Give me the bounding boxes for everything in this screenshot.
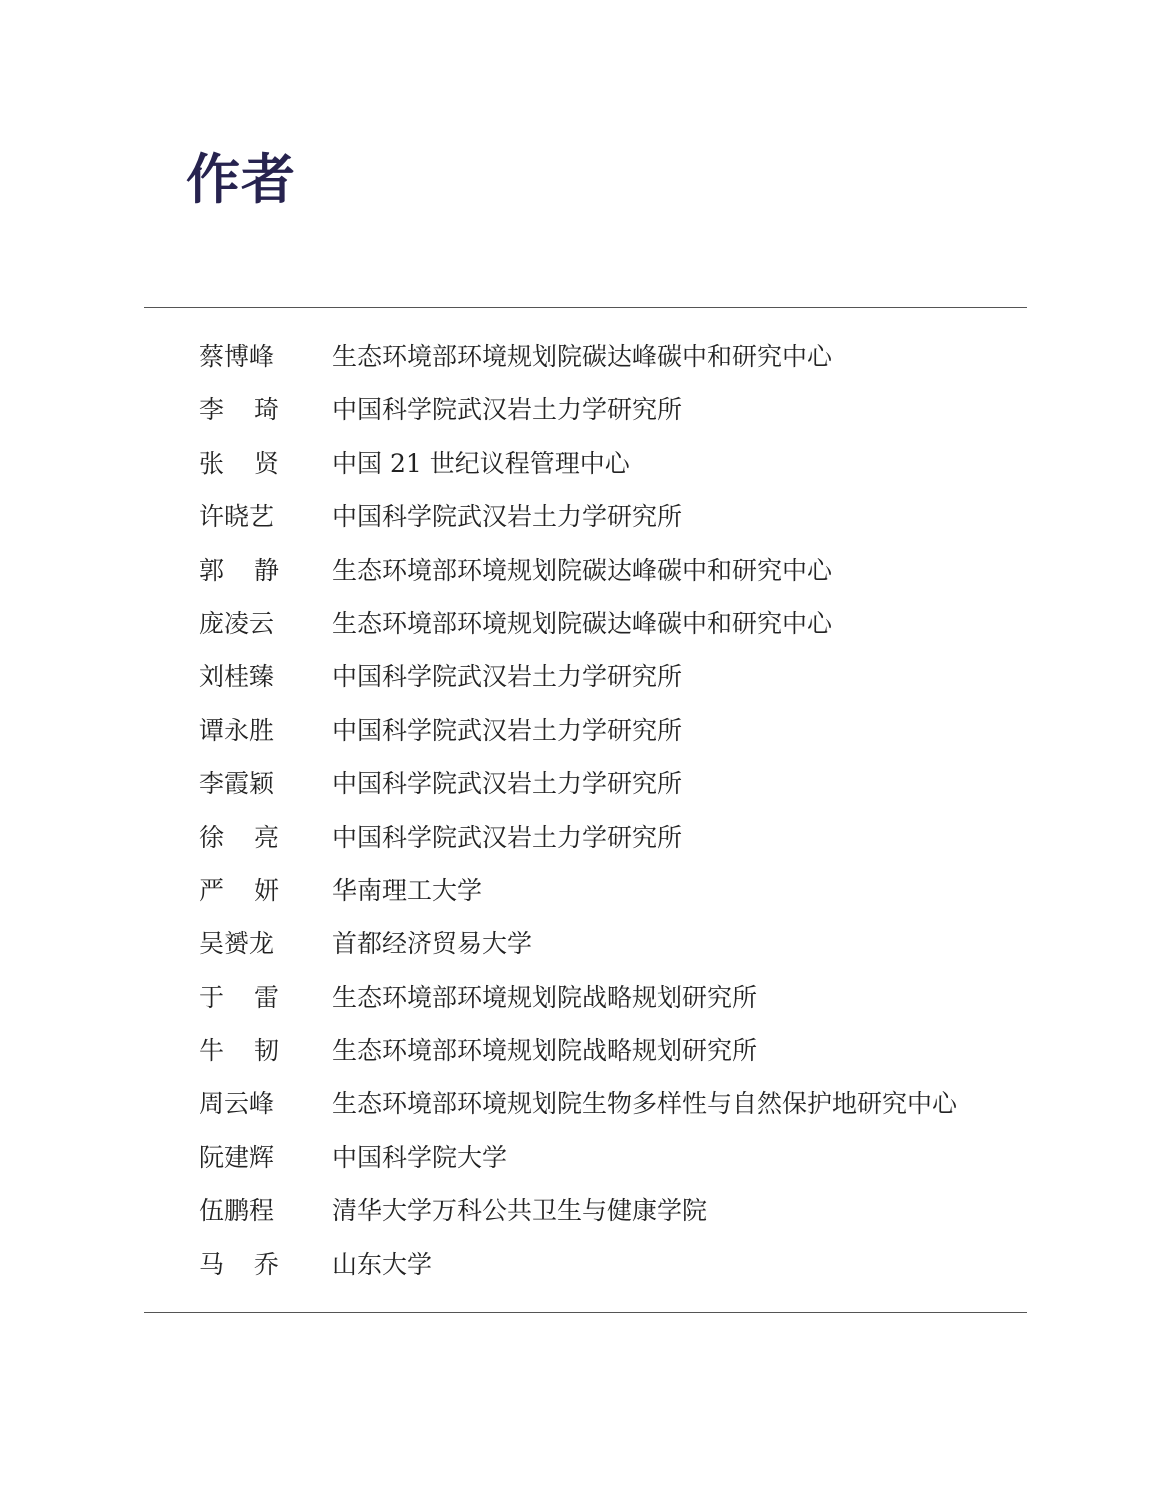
author-name: 蔡博峰 xyxy=(199,334,279,380)
author-name: 徐亮 xyxy=(199,815,279,861)
author-name: 李霞颖 xyxy=(199,761,279,807)
author-name: 严妍 xyxy=(199,868,279,914)
author-name: 牛韧 xyxy=(199,1028,279,1074)
author-name-part: 周云峰 xyxy=(199,1081,274,1127)
author-row: 牛韧生态环境部环境规划院战略规划研究所 xyxy=(0,1028,1172,1081)
author-row: 蔡博峰生态环境部环境规划院碳达峰碳中和研究中心 xyxy=(0,334,1172,387)
top-divider xyxy=(144,307,1027,308)
author-name-part: 吴赟龙 xyxy=(199,921,274,967)
author-name-part: 韧 xyxy=(254,1028,279,1074)
author-affiliation: 生态环境部环境规划院碳达峰碳中和研究中心 xyxy=(332,601,832,647)
author-row: 庞凌云生态环境部环境规划院碳达峰碳中和研究中心 xyxy=(0,601,1172,654)
author-name: 李琦 xyxy=(199,387,279,433)
author-name-part: 谭永胜 xyxy=(199,708,274,754)
author-name-part: 牛 xyxy=(199,1028,224,1074)
author-name-part: 雷 xyxy=(254,975,279,1021)
author-name-part: 严 xyxy=(199,868,224,914)
author-affiliation: 山东大学 xyxy=(332,1242,432,1288)
author-name-part: 妍 xyxy=(254,868,279,914)
author-name-part: 张 xyxy=(199,441,224,487)
author-row: 阮建辉中国科学院大学 xyxy=(0,1135,1172,1188)
author-affiliation: 生态环境部环境规划院战略规划研究所 xyxy=(332,1028,757,1074)
author-name-part: 亮 xyxy=(254,815,279,861)
author-affiliation: 清华大学万科公共卫生与健康学院 xyxy=(332,1188,707,1234)
author-affiliation: 华南理工大学 xyxy=(332,868,482,914)
author-name: 周云峰 xyxy=(199,1081,279,1127)
author-row: 严妍华南理工大学 xyxy=(0,868,1172,921)
author-row: 伍鹏程清华大学万科公共卫生与健康学院 xyxy=(0,1188,1172,1241)
author-affiliation: 中国科学院武汉岩土力学研究所 xyxy=(332,654,682,700)
author-name: 谭永胜 xyxy=(199,708,279,754)
author-name-part: 伍鹏程 xyxy=(199,1188,274,1234)
author-affiliation: 中国科学院武汉岩土力学研究所 xyxy=(332,708,682,754)
author-row: 李琦中国科学院武汉岩土力学研究所 xyxy=(0,387,1172,440)
author-affiliation: 中国科学院武汉岩土力学研究所 xyxy=(332,761,682,807)
author-name-part: 李霞颖 xyxy=(199,761,274,807)
author-name-part: 郭 xyxy=(199,548,224,594)
author-row: 李霞颖中国科学院武汉岩土力学研究所 xyxy=(0,761,1172,814)
author-row: 许晓艺中国科学院武汉岩土力学研究所 xyxy=(0,494,1172,547)
author-name: 马乔 xyxy=(199,1242,279,1288)
author-name-part: 庞凌云 xyxy=(199,601,274,647)
author-list: 蔡博峰生态环境部环境规划院碳达峰碳中和研究中心李琦中国科学院武汉岩土力学研究所张… xyxy=(0,334,1172,1295)
author-name: 庞凌云 xyxy=(199,601,279,647)
author-row: 张贤中国 21 世纪议程管理中心 xyxy=(0,441,1172,494)
author-name: 张贤 xyxy=(199,441,279,487)
author-affiliation: 生态环境部环境规划院碳达峰碳中和研究中心 xyxy=(332,548,832,594)
author-row: 刘桂臻中国科学院武汉岩土力学研究所 xyxy=(0,654,1172,707)
author-name-part: 蔡博峰 xyxy=(199,334,274,380)
author-name: 刘桂臻 xyxy=(199,654,279,700)
author-name-part: 贤 xyxy=(254,441,279,487)
author-row: 马乔山东大学 xyxy=(0,1242,1172,1295)
author-affiliation: 生态环境部环境规划院碳达峰碳中和研究中心 xyxy=(332,334,832,380)
author-name: 吴赟龙 xyxy=(199,921,279,967)
author-name: 许晓艺 xyxy=(199,494,279,540)
page-title: 作者 xyxy=(186,146,296,212)
author-affiliation: 中国科学院大学 xyxy=(332,1135,507,1181)
author-affiliation: 中国科学院武汉岩土力学研究所 xyxy=(332,494,682,540)
author-name: 伍鹏程 xyxy=(199,1188,279,1234)
author-row: 郭静生态环境部环境规划院碳达峰碳中和研究中心 xyxy=(0,548,1172,601)
author-name-part: 乔 xyxy=(254,1242,279,1288)
bottom-divider xyxy=(144,1312,1027,1313)
author-affiliation: 首都经济贸易大学 xyxy=(332,921,532,967)
author-row: 吴赟龙首都经济贸易大学 xyxy=(0,921,1172,974)
author-row: 徐亮中国科学院武汉岩土力学研究所 xyxy=(0,815,1172,868)
author-name: 阮建辉 xyxy=(199,1135,279,1181)
author-name-part: 刘桂臻 xyxy=(199,654,274,700)
author-name-part: 琦 xyxy=(254,387,279,433)
author-name-part: 于 xyxy=(199,975,224,1021)
author-affiliation: 中国 21 世纪议程管理中心 xyxy=(332,441,630,487)
author-row: 谭永胜中国科学院武汉岩土力学研究所 xyxy=(0,708,1172,761)
author-name-part: 徐 xyxy=(199,815,224,861)
author-name: 郭静 xyxy=(199,548,279,594)
author-name-part: 许晓艺 xyxy=(199,494,274,540)
author-name-part: 李 xyxy=(199,387,224,433)
author-name-part: 静 xyxy=(254,548,279,594)
author-name: 于雷 xyxy=(199,975,279,1021)
author-affiliation: 生态环境部环境规划院战略规划研究所 xyxy=(332,975,757,1021)
author-affiliation: 生态环境部环境规划院生物多样性与自然保护地研究中心 xyxy=(332,1081,957,1127)
author-name-part: 马 xyxy=(199,1242,224,1288)
author-name-part: 阮建辉 xyxy=(199,1135,274,1181)
author-affiliation: 中国科学院武汉岩土力学研究所 xyxy=(332,815,682,861)
author-row: 于雷生态环境部环境规划院战略规划研究所 xyxy=(0,975,1172,1028)
author-row: 周云峰生态环境部环境规划院生物多样性与自然保护地研究中心 xyxy=(0,1081,1172,1134)
author-affiliation: 中国科学院武汉岩土力学研究所 xyxy=(332,387,682,433)
